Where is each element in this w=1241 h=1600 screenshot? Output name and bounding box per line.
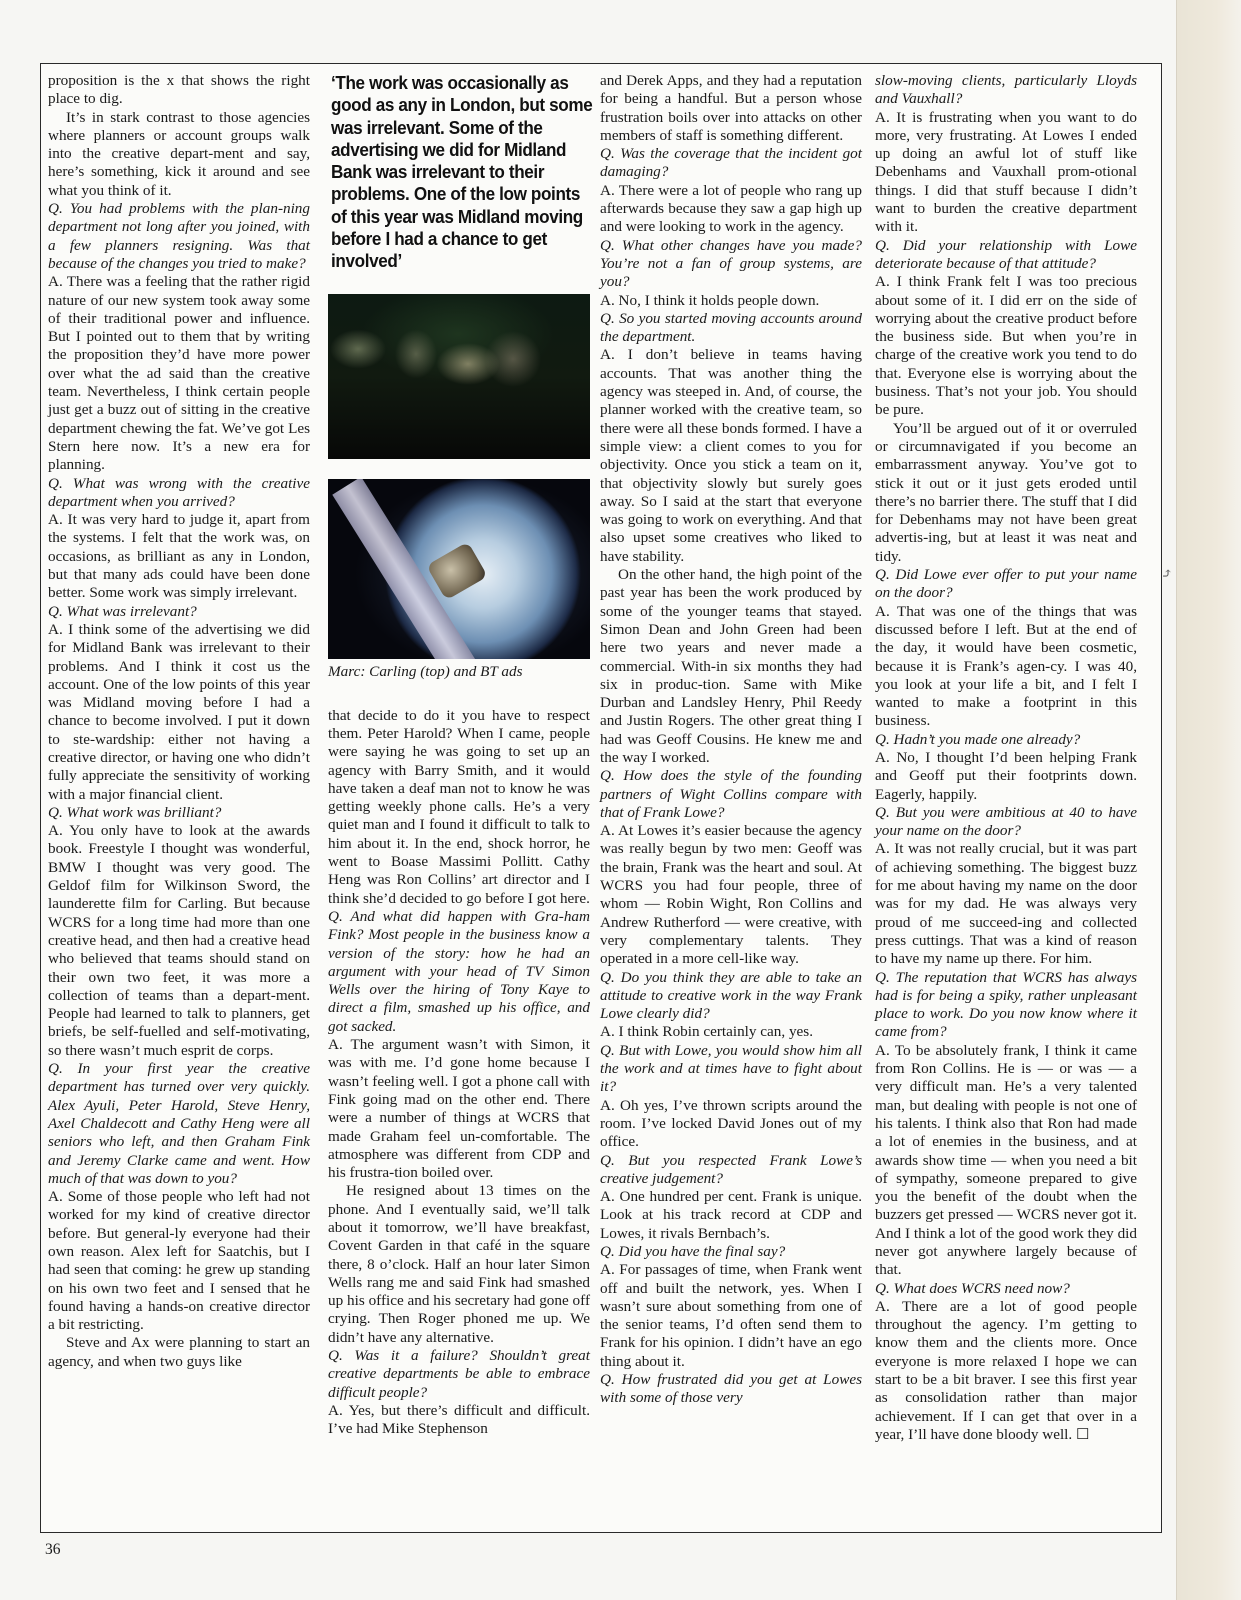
answer-paragraph: A. That was one of the things that was d… bbox=[875, 603, 1137, 731]
question-paragraph: Q. What does WCRS need now? bbox=[875, 1280, 1137, 1298]
answer-paragraph: proposition is the x that shows the righ… bbox=[48, 72, 310, 109]
answer-paragraph: A. I think some of the advertising we di… bbox=[48, 621, 310, 804]
question-paragraph: Q. So you started moving accounts around… bbox=[600, 310, 862, 347]
answer-paragraph: A. No, I think it holds people down. bbox=[600, 292, 862, 310]
answer-paragraph: A. I think Frank felt I was too precious… bbox=[875, 273, 1137, 419]
question-paragraph: Q. Was it a failure? Shouldn’t great cre… bbox=[328, 1347, 590, 1402]
question-paragraph: Q. The reputation that WCRS has always h… bbox=[875, 969, 1137, 1042]
question-paragraph: Q. What was irrelevant? bbox=[48, 603, 310, 621]
question-paragraph: Q. What other changes have you made? You… bbox=[600, 237, 862, 292]
answer-paragraph: A. It is frustrating when you want to do… bbox=[875, 109, 1137, 237]
question-paragraph: Q. What work was brilliant? bbox=[48, 804, 310, 822]
answer-paragraph: A. Some of those people who left had not… bbox=[48, 1188, 310, 1334]
answer-paragraph: Steve and Ax were planning to start an a… bbox=[48, 1334, 310, 1371]
answer-paragraph: A. To be absolutely frank, I think it ca… bbox=[875, 1042, 1137, 1280]
page-number: 36 bbox=[45, 1541, 61, 1559]
answer-paragraph: On the other hand, the high point of the… bbox=[600, 566, 862, 767]
photo-caption: Marc: Carling (top) and BT ads bbox=[328, 663, 590, 681]
answer-paragraph: He resigned about 13 times on the phone.… bbox=[328, 1182, 590, 1347]
article-frame: proposition is the x that shows the righ… bbox=[40, 63, 1162, 1533]
answer-paragraph: It’s in stark contrast to those agencies… bbox=[48, 109, 310, 200]
answer-paragraph: A. It was not really crucial, but it was… bbox=[875, 840, 1137, 968]
carling-ad-photo bbox=[328, 294, 590, 459]
answer-paragraph: A. Yes, but there’s difficult and diffic… bbox=[328, 1402, 590, 1439]
question-paragraph: Q. Did Lowe ever offer to put your name … bbox=[875, 566, 1137, 603]
answer-paragraph: A. I don’t believe in teams having accou… bbox=[600, 346, 862, 566]
question-paragraph: Q. How does the style of the founding pa… bbox=[600, 767, 862, 822]
answer-paragraph: A. You only have to look at the awards b… bbox=[48, 822, 310, 1060]
satellite-body-shape bbox=[426, 541, 488, 600]
column-4: slow-moving clients, particularly Lloyds… bbox=[875, 72, 1137, 1444]
question-paragraph: Q. Was the coverage that the incident go… bbox=[600, 145, 862, 182]
answer-paragraph: A. Oh yes, I’ve thrown scripts around th… bbox=[600, 1097, 862, 1152]
answer-paragraph: A. There were a lot of people who rang u… bbox=[600, 182, 862, 237]
question-paragraph: Q. But you were ambitious at 40 to have … bbox=[875, 804, 1137, 841]
question-paragraph: Q. But with Lowe, you would show him all… bbox=[600, 1042, 862, 1097]
question-paragraph: Q. What was wrong with the creative depa… bbox=[48, 475, 310, 512]
question-paragraph: Q. Do you think they are able to take an… bbox=[600, 969, 862, 1024]
question-paragraph: Q. And what did happen with Gra-ham Fink… bbox=[328, 908, 590, 1036]
margin-arrow-icon: ⤴ bbox=[1161, 566, 1179, 574]
answer-paragraph: You’ll be argued out of it or overruled … bbox=[875, 420, 1137, 566]
question-paragraph: Q. How frustrated did you get at Lowes w… bbox=[600, 1371, 862, 1408]
answer-paragraph: A. I think Robin certainly can, yes. bbox=[600, 1023, 862, 1041]
question-paragraph: slow-moving clients, particularly Lloyds… bbox=[875, 72, 1137, 109]
column-3: and Derek Apps, and they had a reputatio… bbox=[600, 72, 862, 1408]
answer-paragraph: that decide to do it you have to respect… bbox=[328, 707, 590, 908]
answer-paragraph: A. It was very hard to judge it, apart f… bbox=[48, 511, 310, 602]
question-paragraph: Q. Hadn’t you made one already? bbox=[875, 731, 1137, 749]
answer-paragraph: A. The argument wasn’t with Simon, it wa… bbox=[328, 1036, 590, 1182]
answer-paragraph: A. One hundred per cent. Frank is unique… bbox=[600, 1188, 862, 1243]
question-paragraph: Q. But you respected Frank Lowe’s creati… bbox=[600, 1152, 862, 1189]
column-1: proposition is the x that shows the righ… bbox=[48, 72, 310, 1371]
column-2-text: that decide to do it you have to respect… bbox=[328, 707, 590, 1439]
question-paragraph: Q. Did you have the final say? bbox=[600, 1243, 862, 1261]
answer-paragraph: and Derek Apps, and they had a reputatio… bbox=[600, 72, 862, 145]
answer-paragraph: A. For passages of time, when Frank went… bbox=[600, 1261, 862, 1371]
answer-paragraph: A. No, I thought I’d been helping Frank … bbox=[875, 749, 1137, 804]
answer-paragraph: A. There are a lot of good people throug… bbox=[875, 1298, 1137, 1444]
answer-paragraph: A. At Lowes it’s easier because the agen… bbox=[600, 822, 862, 968]
pull-quote: ‘The work was occasionally as good as an… bbox=[331, 72, 593, 273]
adjacent-page-edge bbox=[1176, 0, 1241, 1600]
question-paragraph: Q. You had problems with the plan-ning d… bbox=[48, 200, 310, 273]
answer-paragraph: A. There was a feeling that the rather r… bbox=[48, 273, 310, 474]
question-paragraph: Q. Did your relationship with Lowe deter… bbox=[875, 237, 1137, 274]
question-paragraph: Q. In your first year the creative depar… bbox=[48, 1060, 310, 1188]
column-2: ‘The work was occasionally as good as an… bbox=[328, 72, 590, 1439]
bt-ad-photo bbox=[328, 479, 590, 659]
